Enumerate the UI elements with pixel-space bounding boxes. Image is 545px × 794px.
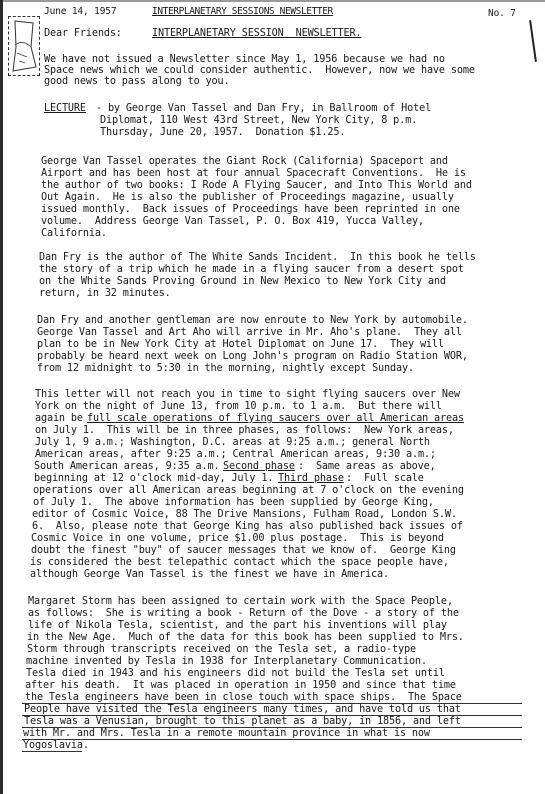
storm-line: machine invented by Tesla in 1938 for In…	[26, 656, 427, 667]
handwritten-underline	[22, 703, 522, 704]
saucers-line: : Full scale	[346, 473, 424, 484]
saucers-line: although George Van Tassel is the finest…	[30, 569, 389, 580]
saucers-line: on July 1. This will be in three phases,…	[35, 425, 454, 436]
saucers-line: : Same areas as above,	[298, 461, 436, 472]
page-top-edge	[0, 0, 545, 2]
lecture-line: - by George Van Tassel and Dan Fry, in B…	[90, 103, 431, 114]
saucers-line: beginning at 12 o'clock mid-day, July 1.	[34, 473, 285, 484]
storm-line: life of Nikola Tesla, scientist, and the…	[28, 620, 447, 631]
storm-line: Tesla died in 1943 and his engineers did…	[26, 668, 445, 679]
saucers-line: operations over all American areas begin…	[33, 485, 464, 496]
lecture-line: Thursday, June 20, 1957. Donation $1.25.	[100, 127, 345, 138]
intro-line: Space news which we could consider authe…	[44, 65, 475, 76]
third-phase-label: Third phase	[278, 473, 344, 484]
handwritten-underline	[22, 727, 522, 728]
storm-line: Storm through transcripts received on th…	[27, 644, 416, 655]
storm-line: with Mr. and Mrs. Tesla in a remote moun…	[23, 728, 430, 739]
storm-line: People have visited the Tesla engineers …	[24, 704, 461, 715]
newsletter-subtitle: INTERPLANETARY SESSION NEWSLETTER.	[152, 28, 361, 39]
intro-line: We have not issued a Newsletter since Ma…	[44, 54, 445, 65]
page-left-edge	[0, 0, 3, 794]
newsletter-date: June 14, 1957	[44, 6, 116, 17]
corner-stamp-icon	[8, 16, 40, 76]
storm-line: after his death. It was placed in operat…	[25, 680, 456, 691]
van-tassel-line: the author of two books: I Rode A Flying…	[41, 180, 472, 191]
newsletter-page: June 14, 1957 INTERPLANETARY SESSIONS NE…	[0, 0, 545, 794]
lecture-line: Diplomat, 110 West 43rd Street, New York…	[100, 115, 417, 126]
handwritten-underline	[22, 751, 82, 752]
second-phase-label: Second phase	[223, 461, 295, 472]
saucers-line: American areas, after 9:25 a.m.; Central…	[35, 449, 436, 460]
storm-line: as follows: She is writing a book - Retu…	[28, 608, 459, 619]
saucers-line: York on the night of June 13, from 10 p.…	[35, 401, 442, 412]
saucers-line: doubt the finest "buy" of saucer message…	[31, 545, 456, 556]
lecture-label: LECTURE	[44, 103, 86, 114]
saucers-line: editor of Cosmic Voice, 88 The Drive Man…	[32, 509, 457, 520]
intro-line: good news to pass along to you.	[44, 76, 230, 87]
handwritten-underline	[22, 715, 522, 716]
van-tassel-line: Airport and has been host at four annual…	[41, 168, 466, 179]
saucers-line: July 1, 9 a.m.; Washington, D.C. areas a…	[35, 437, 430, 448]
enroute-line: probably be heard next week on Long John…	[37, 351, 468, 362]
dan-fry-line: the story of a trip which he made in a f…	[39, 264, 464, 275]
dan-fry-line: on the White Sands Proving Ground in New…	[39, 276, 446, 287]
saucers-line: 6. Also, please note that George King ha…	[32, 521, 463, 532]
van-tassel-line: issued monthly. Back issues of Proceedin…	[41, 204, 460, 215]
enroute-line: plan to be in New York City at Hotel Dip…	[37, 339, 444, 350]
saucers-line: This letter will not reach you in time t…	[35, 389, 460, 400]
margin-pen-mark	[529, 20, 537, 62]
enroute-line: from 12 midnight to 5:30 in the morning,…	[37, 363, 414, 374]
storm-line: the Tesla engineers have been in close t…	[25, 692, 462, 703]
handwritten-underline	[22, 739, 522, 740]
dan-fry-line: return, in 32 minutes.	[39, 288, 171, 299]
van-tassel-line: Out Again. He is also the publisher of P…	[41, 192, 454, 203]
newsletter-masthead: INTERPLANETARY SESSIONS NEWSLETTER	[152, 6, 333, 17]
storm-line: Margaret Storm has been assigned to cert…	[28, 596, 453, 607]
saucers-emphasis: full scale operations of flying saucers …	[87, 413, 464, 424]
issue-number: No. 7	[488, 8, 516, 19]
van-tassel-line: volume. Address George Van Tassel, P. O.…	[41, 216, 424, 227]
storm-line: Yogoslavia.	[23, 740, 89, 751]
greeting: Dear Friends:	[44, 28, 122, 39]
enroute-line: George Van Tassel and Art Aho will arriv…	[37, 327, 462, 338]
storm-line: Tesla was a Venusian, brought to this pl…	[24, 716, 461, 727]
saucers-line: South American areas, 9:35 a.m.	[34, 461, 231, 472]
enroute-line: Dan Fry and another gentleman are now en…	[37, 315, 468, 326]
saucers-line: of July 1. The above information has bee…	[33, 497, 434, 508]
saucers-line: is considered the best telepathic contac…	[30, 557, 449, 568]
storm-line: in the New Age. Much of the data for thi…	[27, 632, 464, 643]
dan-fry-line: Dan Fry is the author of The White Sands…	[39, 252, 476, 263]
saucers-line: Cosmic Voice in one volume, price $1.00 …	[31, 533, 444, 544]
saucers-line: again be	[35, 413, 89, 424]
van-tassel-line: California.	[41, 228, 107, 239]
van-tassel-line: George Van Tassel operates the Giant Roc…	[41, 156, 448, 167]
